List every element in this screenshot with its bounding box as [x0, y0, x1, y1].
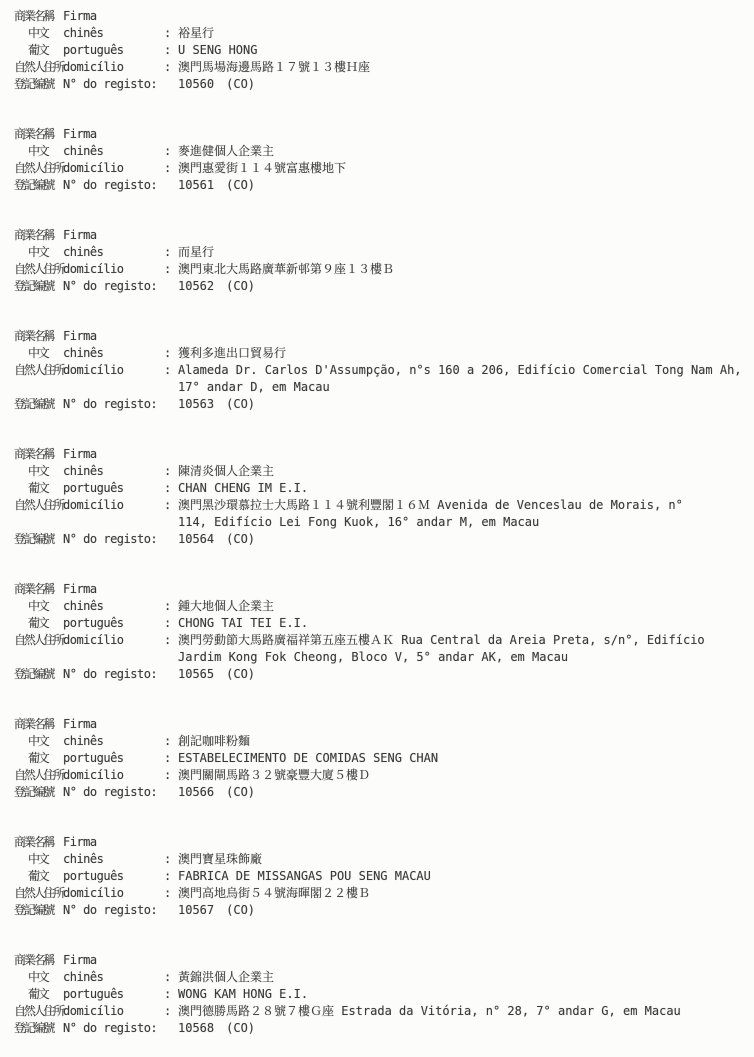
- chinese-label-zh: 中文: [14, 851, 63, 868]
- colon-separator: :: [164, 463, 178, 480]
- domicile-line: 澳門勞動節大馬路廣福祥第五座五樓ＡＫ Rua Central da Areia …: [178, 632, 754, 649]
- registration-type-code: (CO): [226, 397, 255, 411]
- registration-label-pt: N° do registo:: [63, 76, 178, 93]
- firma-header-row: 商業名稱 Firma: [0, 834, 754, 851]
- portuguese-label-pt: português: [63, 42, 164, 59]
- firma-label-pt: Firma: [63, 8, 164, 25]
- registration-row: 登記編號 N° do registo: 10560(CO): [0, 76, 754, 93]
- portuguese-label-zh: 葡文: [14, 986, 63, 1003]
- chinese-name-row: 中文 chinês : 而星行: [0, 244, 754, 261]
- portuguese-name-value: CHONG TAI TEI E.I.: [178, 615, 754, 632]
- registry-entry: 商業名稱 Firma 中文 chinês : 而星行 自然人住所 domicíl…: [0, 227, 754, 295]
- registration-value: 10563(CO): [178, 396, 754, 413]
- registration-type-code: (CO): [226, 903, 255, 917]
- registry-entry: 商業名稱 Firma 中文 chinês : 黃錦洪個人企業主 葡文 portu…: [0, 952, 754, 1037]
- portuguese-name-row: 葡文 português : U SENG HONG: [0, 42, 754, 59]
- registration-row: 登記編號 N° do registo: 10568(CO): [0, 1020, 754, 1037]
- registration-label-zh: 登記編號: [14, 531, 63, 548]
- domicile-label-zh: 自然人住所: [14, 160, 63, 177]
- chinese-label-zh: 中文: [14, 345, 63, 362]
- registry-page: { "page": { "background": "#fcfcfa", "te…: [0, 0, 754, 1057]
- chinese-name-row: 中文 chinês : 創記咖啡粉麵: [0, 733, 754, 750]
- colon-separator: :: [164, 733, 178, 750]
- registration-value: 10566(CO): [178, 784, 754, 801]
- domicile-value: 澳門馬場海邊馬路１７號１３樓Ｈ座: [178, 59, 754, 76]
- registry-entry: 商業名稱 Firma 中文 chinês : 創記咖啡粉麵 葡文 portugu…: [0, 716, 754, 801]
- colon-separator: :: [164, 244, 178, 261]
- domicile-row: 自然人住所 domicílio : 澳門惠愛街１１４號富惠樓地下: [0, 160, 754, 177]
- portuguese-name-row: 葡文 português : CHAN CHENG IM E.I.: [0, 480, 754, 497]
- firma-label-zh: 商業名稱: [14, 581, 63, 598]
- firma-label-zh: 商業名稱: [14, 446, 63, 463]
- colon-separator: :: [164, 1003, 178, 1020]
- registration-label-zh: 登記編號: [14, 278, 63, 295]
- colon-separator: :: [164, 25, 178, 42]
- portuguese-name-row: 葡文 português : FABRICA DE MISSANGAS POU …: [0, 868, 754, 885]
- domicile-row: 自然人住所 domicílio : 澳門勞動節大馬路廣福祥第五座五樓ＡＫ Rua…: [0, 632, 754, 666]
- registration-label-pt: N° do registo:: [63, 531, 178, 548]
- registration-value: 10567(CO): [178, 902, 754, 919]
- firma-label-zh: 商業名稱: [14, 227, 63, 244]
- firma-header-row: 商業名稱 Firma: [0, 716, 754, 733]
- chinese-name-value: 而星行: [178, 244, 754, 261]
- firma-label-pt: Firma: [63, 716, 164, 733]
- registration-number: 10568: [178, 1021, 214, 1035]
- registration-number: 10564: [178, 532, 214, 546]
- registry-entry: 商業名稱 Firma 中文 chinês : 陳清炎個人企業主 葡文 portu…: [0, 446, 754, 548]
- portuguese-label-pt: português: [63, 480, 164, 497]
- domicile-value: 澳門勞動節大馬路廣福祥第五座五樓ＡＫ Rua Central da Areia …: [178, 632, 754, 666]
- domicile-line: 澳門東北大馬路廣華新邨第９座１３樓Ｂ: [178, 261, 754, 278]
- domicile-line: Jardim Kong Fok Cheong, Bloco V, 5° anda…: [178, 649, 754, 666]
- registry-entry: 商業名稱 Firma 中文 chinês : 澳門寶星珠飾廠 葡文 portug…: [0, 834, 754, 919]
- registration-label-pt: N° do registo:: [63, 396, 178, 413]
- registration-number: 10566: [178, 785, 214, 799]
- chinese-label-zh: 中文: [14, 598, 63, 615]
- firma-label-pt: Firma: [63, 126, 164, 143]
- domicile-row: 自然人住所 domicílio : 澳門黑沙環慕拉士大馬路１１４號利豐閣１６Ｍ …: [0, 497, 754, 531]
- registry-entry: 商業名稱 Firma 中文 chinês : 鍾大地個人企業主 葡文 portu…: [0, 581, 754, 683]
- portuguese-label-pt: português: [63, 986, 164, 1003]
- firma-label-zh: 商業名稱: [14, 952, 63, 969]
- chinese-label-pt: chinês: [63, 244, 164, 261]
- chinese-label-pt: chinês: [63, 969, 164, 986]
- domicile-value: Alameda Dr. Carlos D'Assumpção, n°s 160 …: [178, 362, 754, 396]
- domicile-line: 17° andar D, em Macau: [178, 379, 754, 396]
- firma-label-pt: Firma: [63, 446, 164, 463]
- registration-label-zh: 登記編號: [14, 177, 63, 194]
- registration-label-pt: N° do registo:: [63, 1020, 178, 1037]
- domicile-value: 澳門關閘馬路３２號豪豐大廈５樓Ｄ: [178, 767, 754, 784]
- portuguese-label-zh: 葡文: [14, 868, 63, 885]
- registration-type-code: (CO): [226, 1021, 255, 1035]
- registration-label-pt: N° do registo:: [63, 902, 178, 919]
- firma-header-row: 商業名稱 Firma: [0, 581, 754, 598]
- domicile-label-pt: domicílio: [63, 261, 164, 278]
- registration-number: 10560: [178, 77, 214, 91]
- portuguese-name-row: 葡文 português : CHONG TAI TEI E.I.: [0, 615, 754, 632]
- domicile-line: 澳門高地烏街５４號海暉閣２２樓Ｂ: [178, 885, 754, 902]
- firma-header-row: 商業名稱 Firma: [0, 328, 754, 345]
- chinese-name-value: 麥進健個人企業主: [178, 143, 754, 160]
- firma-header-row: 商業名稱 Firma: [0, 446, 754, 463]
- chinese-name-row: 中文 chinês : 裕星行: [0, 25, 754, 42]
- firma-header-row: 商業名稱 Firma: [0, 952, 754, 969]
- colon-separator: :: [164, 42, 178, 59]
- registration-type-code: (CO): [226, 178, 255, 192]
- registry-entry: 商業名稱 Firma 中文 chinês : 裕星行 葡文 português …: [0, 8, 754, 93]
- domicile-line: 澳門惠愛街１１４號富惠樓地下: [178, 160, 754, 177]
- domicile-label-pt: domicílio: [63, 160, 164, 177]
- portuguese-label-pt: português: [63, 868, 164, 885]
- domicile-label-pt: domicílio: [63, 1003, 164, 1020]
- chinese-name-value: 黃錦洪個人企業主: [178, 969, 754, 986]
- chinese-name-value: 鍾大地個人企業主: [178, 598, 754, 615]
- chinese-label-zh: 中文: [14, 463, 63, 480]
- domicile-row: 自然人住所 domicílio : 澳門高地烏街５４號海暉閣２２樓Ｂ: [0, 885, 754, 902]
- domicile-line: 澳門德勝馬路２８號７樓Ｇ座 Estrada da Vitória, n° 28,…: [178, 1003, 754, 1020]
- registration-value: 10562(CO): [178, 278, 754, 295]
- registration-label-zh: 登記編號: [14, 396, 63, 413]
- registration-row: 登記編號 N° do registo: 10561(CO): [0, 177, 754, 194]
- registration-number: 10565: [178, 667, 214, 681]
- domicile-row: 自然人住所 domicílio : 澳門德勝馬路２８號７樓Ｇ座 Estrada …: [0, 1003, 754, 1020]
- chinese-label-zh: 中文: [14, 733, 63, 750]
- domicile-line: Alameda Dr. Carlos D'Assumpção, n°s 160 …: [178, 362, 754, 379]
- domicile-label-zh: 自然人住所: [14, 767, 63, 784]
- registration-type-code: (CO): [226, 785, 255, 799]
- colon-separator: :: [164, 750, 178, 767]
- colon-separator: :: [164, 969, 178, 986]
- portuguese-name-row: 葡文 português : WONG KAM HONG E.I.: [0, 986, 754, 1003]
- domicile-value: 澳門高地烏街５４號海暉閣２２樓Ｂ: [178, 885, 754, 902]
- domicile-label-zh: 自然人住所: [14, 885, 63, 902]
- firma-label-zh: 商業名稱: [14, 834, 63, 851]
- chinese-label-pt: chinês: [63, 733, 164, 750]
- firma-header-row: 商業名稱 Firma: [0, 8, 754, 25]
- colon-separator: :: [164, 598, 178, 615]
- firma-header-row: 商業名稱 Firma: [0, 227, 754, 244]
- domicile-label-pt: domicílio: [63, 767, 164, 784]
- registration-row: 登記編號 N° do registo: 10562(CO): [0, 278, 754, 295]
- portuguese-name-row: 葡文 português : ESTABELECIMENTO DE COMIDA…: [0, 750, 754, 767]
- registration-label-zh: 登記編號: [14, 902, 63, 919]
- firma-label-zh: 商業名稱: [14, 8, 63, 25]
- portuguese-name-value: ESTABELECIMENTO DE COMIDAS SENG CHAN: [178, 750, 754, 767]
- colon-separator: :: [164, 851, 178, 868]
- chinese-label-zh: 中文: [14, 244, 63, 261]
- registration-type-code: (CO): [226, 77, 255, 91]
- colon-separator: :: [164, 497, 178, 531]
- chinese-name-row: 中文 chinês : 澳門寶星珠飾廠: [0, 851, 754, 868]
- registry-entry: 商業名稱 Firma 中文 chinês : 獲利多進出口貿易行 自然人住所 d…: [0, 328, 754, 413]
- chinese-name-value: 澳門寶星珠飾廠: [178, 851, 754, 868]
- chinese-label-pt: chinês: [63, 598, 164, 615]
- firma-label-pt: Firma: [63, 581, 164, 598]
- chinese-name-value: 陳清炎個人企業主: [178, 463, 754, 480]
- registration-type-code: (CO): [226, 279, 255, 293]
- colon-separator: :: [164, 362, 178, 396]
- firma-label-pt: Firma: [63, 328, 164, 345]
- registration-label-pt: N° do registo:: [63, 666, 178, 683]
- portuguese-name-value: U SENG HONG: [178, 42, 754, 59]
- domicile-label-zh: 自然人住所: [14, 632, 63, 666]
- registration-row: 登記編號 N° do registo: 10563(CO): [0, 396, 754, 413]
- registration-type-code: (CO): [226, 532, 255, 546]
- registration-value: 10560(CO): [178, 76, 754, 93]
- registration-label-pt: N° do registo:: [63, 278, 178, 295]
- registration-label-zh: 登記編號: [14, 1020, 63, 1037]
- firma-label-zh: 商業名稱: [14, 126, 63, 143]
- chinese-label-zh: 中文: [14, 143, 63, 160]
- registration-label-pt: N° do registo:: [63, 177, 178, 194]
- domicile-line: 澳門黑沙環慕拉士大馬路１１４號利豐閣１６Ｍ Avenida de Vencesl…: [178, 497, 754, 514]
- registration-label-zh: 登記編號: [14, 666, 63, 683]
- firma-label-zh: 商業名稱: [14, 328, 63, 345]
- domicile-value: 澳門惠愛街１１４號富惠樓地下: [178, 160, 754, 177]
- portuguese-label-pt: português: [63, 750, 164, 767]
- domicile-line: 114, Edifício Lei Fong Kuok, 16° andar M…: [178, 514, 754, 531]
- firma-header-row: 商業名稱 Firma: [0, 126, 754, 143]
- registration-value: 10564(CO): [178, 531, 754, 548]
- domicile-label-pt: domicílio: [63, 497, 164, 531]
- chinese-label-pt: chinês: [63, 851, 164, 868]
- chinese-label-pt: chinês: [63, 463, 164, 480]
- chinese-name-value: 獲利多進出口貿易行: [178, 345, 754, 362]
- domicile-line: 澳門馬場海邊馬路１７號１３樓Ｈ座: [178, 59, 754, 76]
- domicile-label-pt: domicílio: [63, 885, 164, 902]
- chinese-label-zh: 中文: [14, 25, 63, 42]
- domicile-label-zh: 自然人住所: [14, 497, 63, 531]
- colon-separator: :: [164, 615, 178, 632]
- chinese-name-row: 中文 chinês : 獲利多進出口貿易行: [0, 345, 754, 362]
- chinese-label-zh: 中文: [14, 969, 63, 986]
- colon-separator: :: [164, 632, 178, 666]
- registration-row: 登記編號 N° do registo: 10565(CO): [0, 666, 754, 683]
- registration-number: 10563: [178, 397, 214, 411]
- chinese-label-pt: chinês: [63, 25, 164, 42]
- chinese-label-pt: chinês: [63, 143, 164, 160]
- domicile-label-zh: 自然人住所: [14, 1003, 63, 1020]
- portuguese-name-value: WONG KAM HONG E.I.: [178, 986, 754, 1003]
- chinese-name-row: 中文 chinês : 麥進健個人企業主: [0, 143, 754, 160]
- registration-row: 登記編號 N° do registo: 10564(CO): [0, 531, 754, 548]
- firma-label-pt: Firma: [63, 227, 164, 244]
- domicile-line: 澳門關閘馬路３２號豪豐大廈５樓Ｄ: [178, 767, 754, 784]
- portuguese-label-zh: 葡文: [14, 615, 63, 632]
- colon-separator: :: [164, 160, 178, 177]
- domicile-label-pt: domicílio: [63, 632, 164, 666]
- domicile-value: 澳門德勝馬路２８號７樓Ｇ座 Estrada da Vitória, n° 28,…: [178, 1003, 754, 1020]
- domicile-label-pt: domicílio: [63, 59, 164, 76]
- domicile-value: 澳門黑沙環慕拉士大馬路１１４號利豐閣１６Ｍ Avenida de Vencesl…: [178, 497, 754, 531]
- colon-separator: :: [164, 868, 178, 885]
- portuguese-label-zh: 葡文: [14, 750, 63, 767]
- portuguese-name-value: FABRICA DE MISSANGAS POU SENG MACAU: [178, 868, 754, 885]
- firma-label-pt: Firma: [63, 952, 164, 969]
- colon-separator: :: [164, 986, 178, 1003]
- colon-separator: :: [164, 480, 178, 497]
- domicile-row: 自然人住所 domicílio : 澳門馬場海邊馬路１７號１３樓Ｈ座: [0, 59, 754, 76]
- domicile-label-zh: 自然人住所: [14, 261, 63, 278]
- registry-entries: 商業名稱 Firma 中文 chinês : 裕星行 葡文 português …: [0, 8, 754, 1037]
- colon-separator: :: [164, 345, 178, 362]
- colon-separator: :: [164, 767, 178, 784]
- domicile-value: 澳門東北大馬路廣華新邨第９座１３樓Ｂ: [178, 261, 754, 278]
- chinese-name-value: 創記咖啡粉麵: [178, 733, 754, 750]
- domicile-row: 自然人住所 domicílio : 澳門東北大馬路廣華新邨第９座１３樓Ｂ: [0, 261, 754, 278]
- registration-value: 10568(CO): [178, 1020, 754, 1037]
- chinese-name-row: 中文 chinês : 黃錦洪個人企業主: [0, 969, 754, 986]
- registration-number: 10567: [178, 903, 214, 917]
- colon-separator: :: [164, 885, 178, 902]
- registration-label-pt: N° do registo:: [63, 784, 178, 801]
- domicile-row: 自然人住所 domicílio : Alameda Dr. Carlos D'A…: [0, 362, 754, 396]
- registration-label-zh: 登記編號: [14, 784, 63, 801]
- registration-type-code: (CO): [226, 667, 255, 681]
- registration-row: 登記編號 N° do registo: 10567(CO): [0, 902, 754, 919]
- colon-separator: :: [164, 261, 178, 278]
- registration-label-zh: 登記編號: [14, 76, 63, 93]
- domicile-label-zh: 自然人住所: [14, 362, 63, 396]
- portuguese-name-value: CHAN CHENG IM E.I.: [178, 480, 754, 497]
- registration-value: 10561(CO): [178, 177, 754, 194]
- colon-separator: :: [164, 59, 178, 76]
- chinese-name-value: 裕星行: [178, 25, 754, 42]
- registration-row: 登記編號 N° do registo: 10566(CO): [0, 784, 754, 801]
- portuguese-label-pt: português: [63, 615, 164, 632]
- firma-label-pt: Firma: [63, 834, 164, 851]
- chinese-label-pt: chinês: [63, 345, 164, 362]
- domicile-label-pt: domicílio: [63, 362, 164, 396]
- domicile-row: 自然人住所 domicílio : 澳門關閘馬路３２號豪豐大廈５樓Ｄ: [0, 767, 754, 784]
- chinese-name-row: 中文 chinês : 鍾大地個人企業主: [0, 598, 754, 615]
- registry-entry: 商業名稱 Firma 中文 chinês : 麥進健個人企業主 自然人住所 do…: [0, 126, 754, 194]
- registration-value: 10565(CO): [178, 666, 754, 683]
- registration-number: 10561: [178, 178, 214, 192]
- domicile-label-zh: 自然人住所: [14, 59, 63, 76]
- firma-label-zh: 商業名稱: [14, 716, 63, 733]
- portuguese-label-zh: 葡文: [14, 480, 63, 497]
- registration-number: 10562: [178, 279, 214, 293]
- chinese-name-row: 中文 chinês : 陳清炎個人企業主: [0, 463, 754, 480]
- portuguese-label-zh: 葡文: [14, 42, 63, 59]
- colon-separator: :: [164, 143, 178, 160]
